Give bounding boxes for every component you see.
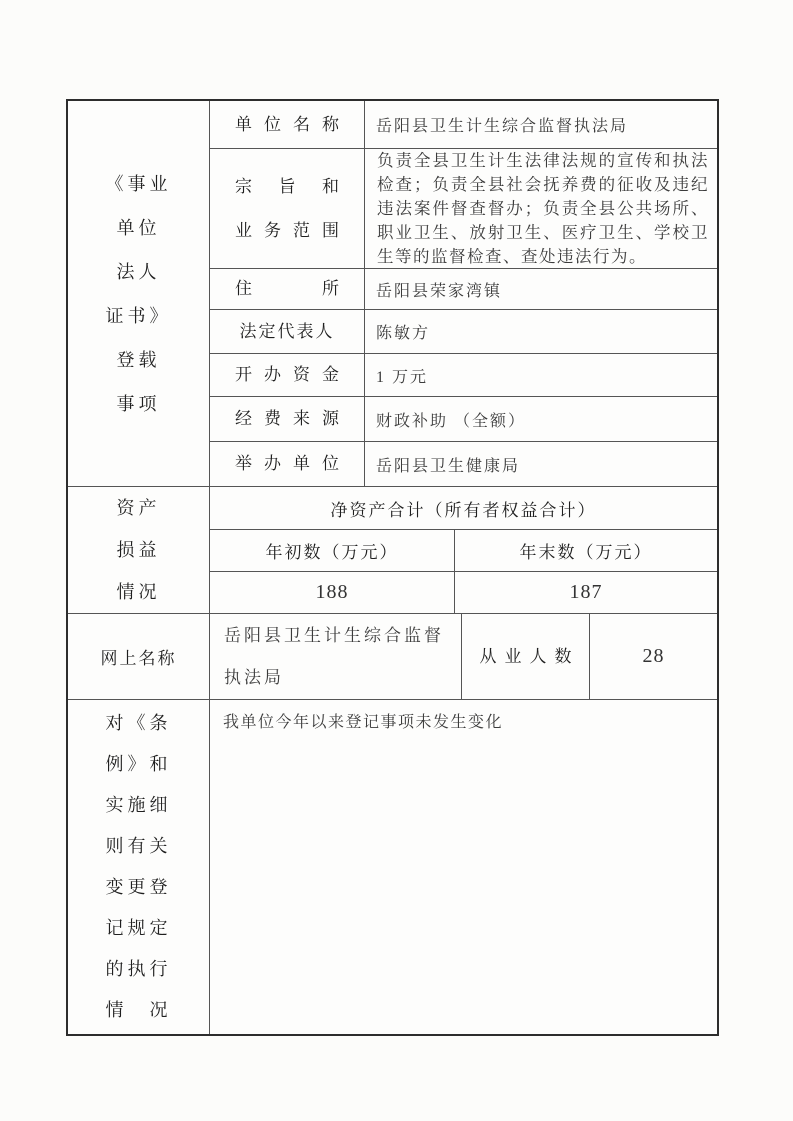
certificate-title-line-6: 事项 (117, 382, 161, 426)
row-funding-source: 经费来源 财政补助 （全额） (210, 397, 717, 442)
compliance-label-line-6: 记规定 (106, 908, 172, 949)
compliance-label-line-2: 例》和 (106, 744, 172, 785)
certificate-title-line-4: 证书》 (106, 294, 172, 338)
legal-person-annual-report-table: 《事业 单位 法人 证书》 登载 事项 单位名称 岳阳县卫生计生综合监督执法局 … (66, 99, 719, 1036)
certificate-rows: 单位名称 岳阳县卫生计生综合监督执法局 宗旨和 业务范围 负责全县卫生计生法律法… (210, 101, 717, 486)
row-unit-name: 单位名称 岳阳县卫生计生综合监督执法局 (210, 101, 717, 149)
certificate-title-line-3: 法人 (117, 250, 161, 294)
staff-count-label-cell: 从业人数 (462, 614, 590, 699)
asset-label-line-3: 情况 (117, 571, 161, 613)
row-year-values: 188 187 (210, 572, 717, 613)
purpose-scope-label-line2: 业务范围 (235, 209, 339, 253)
row-legal-representative: 法定代表人 陈敏方 (210, 310, 717, 354)
online-name-section: 网上名称 岳阳县卫生计生综合监督执法局 从业人数 28 (68, 614, 717, 700)
row-year-headers: 年初数（万元） 年末数（万元） (210, 530, 717, 572)
unit-name-value: 岳阳县卫生计生综合监督执法局 (365, 101, 717, 148)
scanned-document-page: 《事业 单位 法人 证书》 登载 事项 单位名称 岳阳县卫生计生综合监督执法局 … (0, 0, 793, 1121)
funding-source-label: 经费来源 (210, 397, 365, 441)
asset-label-line-2: 损益 (117, 529, 161, 571)
compliance-label-line-3: 实施细 (106, 785, 172, 826)
startup-capital-value: 1 万元 (365, 354, 717, 396)
certificate-title-label: 《事业 单位 法人 证书》 登载 事项 (68, 101, 210, 486)
compliance-label-line-8: 情 况 (106, 990, 172, 1031)
compliance-label-line-4: 则有关 (106, 826, 172, 867)
asset-profit-loss-section: 资产 损益 情况 净资产合计（所有者权益合计） 年初数（万元） 年末数（万元） … (68, 487, 717, 614)
organizer-label-text: 举办单位 (235, 453, 339, 475)
legal-representative-value: 陈敏方 (365, 310, 717, 353)
row-organizer: 举办单位 岳阳县卫生健康局 (210, 442, 717, 486)
address-label-text: 住所 (235, 278, 339, 300)
online-name-label: 网上名称 (101, 644, 177, 669)
address-value: 岳阳县荣家湾镇 (365, 269, 717, 309)
legal-representative-label-text: 法定代表人 (240, 321, 335, 343)
row-startup-capital: 开办资金 1 万元 (210, 354, 717, 397)
organizer-label: 举办单位 (210, 442, 365, 486)
online-name-value: 岳阳县卫生计生综合监督执法局 (210, 614, 462, 699)
certificate-title-line-5: 登载 (117, 338, 161, 382)
certificate-title-line-2: 单位 (117, 206, 161, 250)
staff-count-label: 从业人数 (480, 646, 572, 668)
compliance-label-line-7: 的执行 (106, 949, 172, 990)
row-purpose-scope: 宗旨和 业务范围 负责全县卫生计生法律法规的宣传和执法检查；负责全县社会抚养费的… (210, 149, 717, 269)
year-begin-value: 188 (210, 572, 455, 613)
organizer-value: 岳阳县卫生健康局 (365, 442, 717, 486)
purpose-scope-label-line1: 宗旨和 (235, 165, 339, 209)
compliance-label-line-1: 对《条 (106, 703, 172, 744)
asset-rows: 净资产合计（所有者权益合计） 年初数（万元） 年末数（万元） 188 187 (210, 487, 717, 613)
regulation-compliance-section: 对《条 例》和 实施细 则有关 变更登 记规定 的执行 情 况 我单位今年以来登… (68, 700, 717, 1034)
purpose-scope-label: 宗旨和 业务范围 (210, 149, 365, 268)
unit-name-label-text: 单位名称 (235, 114, 339, 136)
year-begin-header: 年初数（万元） (210, 530, 455, 571)
year-end-header: 年末数（万元） (455, 530, 717, 571)
funding-source-label-text: 经费来源 (235, 408, 339, 430)
asset-label-line-1: 资产 (117, 487, 161, 529)
compliance-label: 对《条 例》和 实施细 则有关 变更登 记规定 的执行 情 况 (68, 700, 210, 1034)
compliance-statement: 我单位今年以来登记事项未发生变化 (210, 700, 717, 1034)
legal-representative-label: 法定代表人 (210, 310, 365, 353)
online-name-label-cell: 网上名称 (68, 614, 210, 699)
compliance-label-line-5: 变更登 (106, 867, 172, 908)
unit-name-label: 单位名称 (210, 101, 365, 148)
row-net-assets-header: 净资产合计（所有者权益合计） (210, 487, 717, 530)
address-label: 住所 (210, 269, 365, 309)
startup-capital-label-text: 开办资金 (235, 364, 339, 386)
certificate-title-line-1: 《事业 (106, 162, 172, 206)
asset-profit-loss-label: 资产 损益 情况 (68, 487, 210, 613)
net-assets-header: 净资产合计（所有者权益合计） (210, 487, 717, 529)
staff-count-value: 28 (590, 614, 717, 699)
row-address: 住所 岳阳县荣家湾镇 (210, 269, 717, 310)
funding-source-value: 财政补助 （全额） (365, 397, 717, 441)
startup-capital-label: 开办资金 (210, 354, 365, 396)
purpose-scope-value: 负责全县卫生计生法律法规的宣传和执法检查；负责全县社会抚养费的征收及违纪违法案件… (365, 149, 717, 268)
year-end-value: 187 (455, 572, 717, 613)
certificate-registered-items-section: 《事业 单位 法人 证书》 登载 事项 单位名称 岳阳县卫生计生综合监督执法局 … (68, 101, 717, 487)
